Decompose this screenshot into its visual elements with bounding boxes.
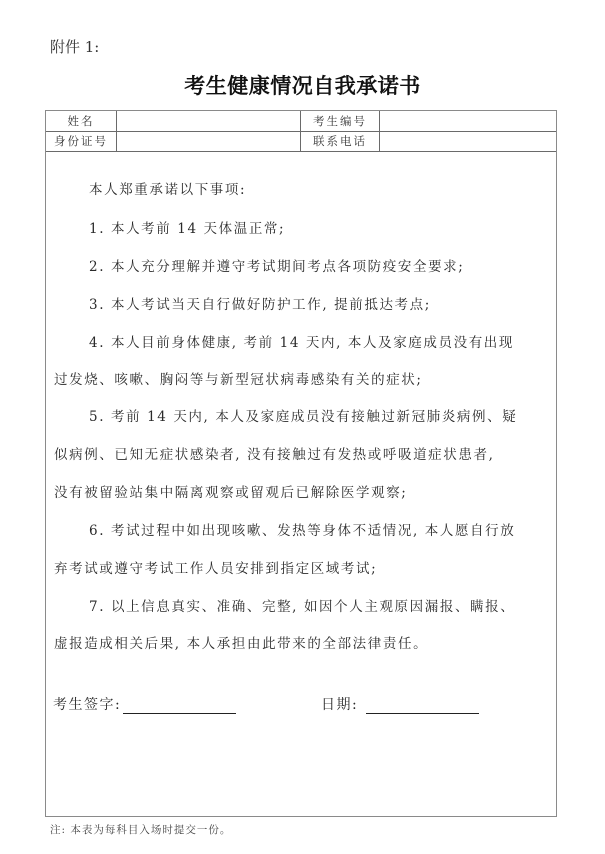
- pledge-item-5: 5. 考前 14 天内, 本人及家庭成员没有接触过新冠肺炎病例、疑: [89, 405, 589, 425]
- table-row-id: 身份证号 联系电话: [46, 131, 556, 152]
- exam-number-label: 考生编号: [301, 111, 380, 131]
- date-label: 日期:: [321, 697, 358, 713]
- name-field[interactable]: [117, 111, 301, 131]
- pledge-item-4-cont: 过发烧、咳嗽、胸闷等与新型冠状病毒感染有关的症状;: [54, 368, 554, 388]
- pledge-item-1: 1. 本人考前 14 天体温正常;: [89, 217, 589, 237]
- pledge-item-6-cont: 弃考试或遵守考试工作人员安排到指定区域考试;: [54, 557, 554, 577]
- phone-label: 联系电话: [301, 131, 380, 151]
- id-number-field[interactable]: [117, 131, 301, 151]
- attachment-label: 附件 1:: [50, 36, 99, 57]
- phone-field[interactable]: [380, 131, 556, 151]
- page-title: 考生健康情况自我承诺书: [0, 70, 605, 100]
- pledge-item-4: 4. 本人目前身体健康, 考前 14 天内, 本人及家庭成员没有出现: [89, 331, 589, 351]
- pledge-item-5-cont2: 没有被留验站集中隔离观察或留观后已解除医学观察;: [54, 481, 554, 501]
- id-number-label: 身份证号: [46, 131, 117, 151]
- pledge-item-7-cont: 虚报造成相关后果, 本人承担由此带来的全部法律责任。: [54, 632, 554, 652]
- exam-number-field[interactable]: [380, 111, 556, 131]
- pledge-form: 姓名 考生编号 身份证号 联系电话 本人郑重承诺以下事项: 1. 本人考前 14…: [45, 110, 557, 817]
- pledge-item-7: 7. 以上信息真实、准确、完整, 如因个人主观原因漏报、瞒报、: [89, 595, 589, 615]
- signature-block: 考生签字:: [53, 694, 236, 714]
- table-row-name: 姓名 考生编号: [46, 111, 556, 132]
- pledge-item-6: 6. 考试过程中如出现咳嗽、发热等身体不适情况, 本人愿自行放: [89, 519, 589, 539]
- pledge-item-3: 3. 本人考试当天自行做好防护工作, 提前抵达考点;: [89, 293, 589, 313]
- signature-label: 考生签字:: [53, 697, 121, 713]
- name-label: 姓名: [46, 111, 117, 131]
- pledge-item-2: 2. 本人充分理解并遵守考试期间考点各项防疫安全要求;: [89, 255, 589, 275]
- pledge-intro: 本人郑重承诺以下事项:: [89, 178, 589, 198]
- footnote: 注: 本表为每科目入场时提交一份。: [50, 822, 231, 837]
- pledge-item-5-cont1: 似病例、已知无症状感染者, 没有接触过有发热或呼吸道症状患者,: [54, 443, 554, 463]
- signature-field[interactable]: [123, 699, 236, 714]
- date-field[interactable]: [366, 699, 479, 714]
- date-block: 日期:: [321, 694, 479, 714]
